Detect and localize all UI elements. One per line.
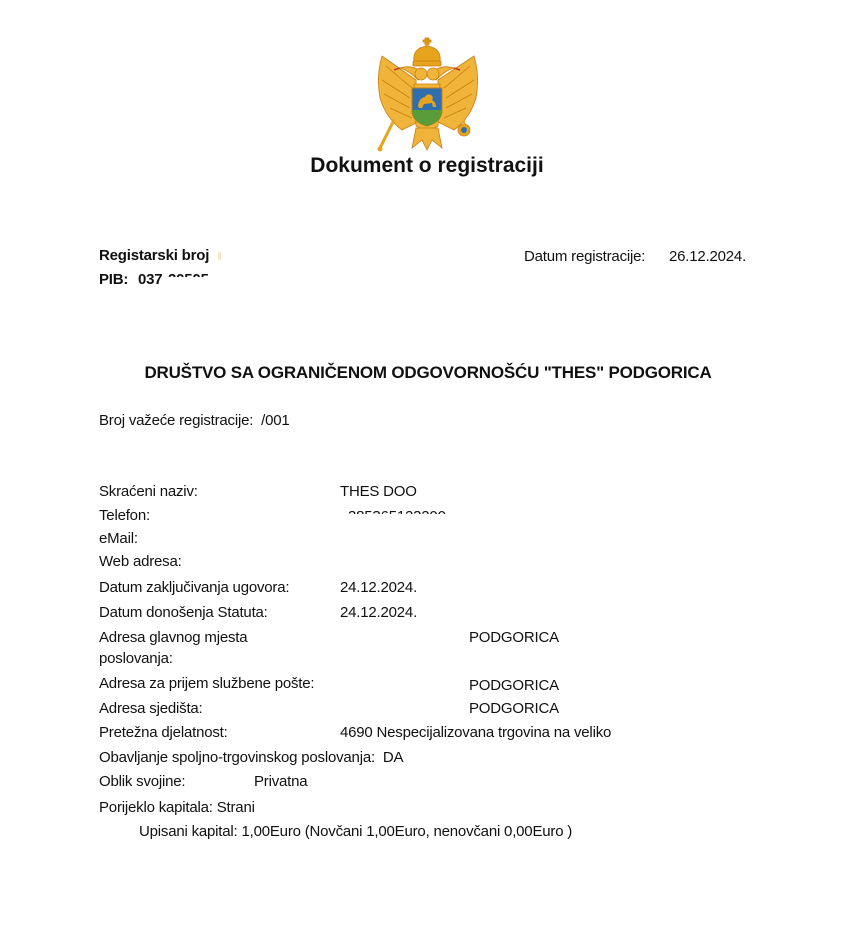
- pib-value-visible: 037: [138, 271, 162, 288]
- statute-date-label: Datum donošenja Statuta:: [99, 604, 268, 621]
- mail-address-value: PODGORICA: [469, 677, 559, 694]
- pib-value-redacted: 20505: [168, 271, 209, 277]
- short-name-value: THES DOO: [340, 483, 417, 500]
- phone-label: Telefon:: [99, 507, 150, 524]
- main-address-label-line2: poslovanja:: [99, 650, 173, 667]
- foreign-trade-value: DA: [383, 749, 403, 766]
- document-title: Dokument o registraciji: [0, 154, 854, 178]
- short-name-label: Skraćeni naziv:: [99, 483, 198, 500]
- company-full-name: DRUŠTVO SA OGRANIČENOM ODGOVORNOŠĆU "THE…: [0, 363, 856, 383]
- registration-number-label: Registarski broj: [99, 247, 209, 264]
- valid-registration-label: Broj važeće registracije:: [99, 412, 253, 429]
- statute-date-value: 24.12.2024.: [340, 604, 417, 621]
- valid-registration-value: /001: [261, 412, 289, 429]
- activity-value: 4690 Nespecijalizovana trgovina na velik…: [340, 724, 611, 741]
- registration-date-label: Datum registracije:: [524, 248, 645, 265]
- mail-address-label: Adresa za prijem službene pošte:: [99, 675, 314, 692]
- redacted-registration-number: [218, 252, 221, 260]
- seat-address-value: PODGORICA: [469, 700, 559, 717]
- email-label: eMail:: [99, 530, 138, 547]
- registration-date-value: 26.12.2024.: [669, 248, 746, 265]
- valid-registration-number: Broj važeće registracije: /001: [99, 412, 290, 429]
- montenegro-coat-of-arms-icon: [372, 36, 484, 158]
- phone-value-partial: 385365123200: [348, 509, 446, 514]
- ownership-value: Privatna: [254, 773, 307, 790]
- subscribed-capital: Upisani kapital: 1,00Euro (Novčani 1,00E…: [139, 823, 572, 840]
- web-address-label: Web adresa:: [99, 553, 182, 570]
- pib-value: 037 20505: [138, 271, 218, 289]
- capital-origin: Porijeklo kapitala: Strani: [99, 799, 255, 816]
- phone-value: 385365123200: [348, 509, 468, 514]
- foreign-trade-label: Obavljanje spoljno-trgovinskog poslovanj…: [99, 749, 375, 766]
- seat-address-label: Adresa sjedišta:: [99, 700, 203, 717]
- pib-label: PIB:: [99, 271, 128, 288]
- main-address-label-line1: Adresa glavnog mjesta: [99, 629, 247, 646]
- ownership-label: Oblik svojine:: [99, 773, 185, 790]
- activity-label: Pretežna djelatnost:: [99, 724, 228, 741]
- foreign-trade: Obavljanje spoljno-trgovinskog poslovanj…: [99, 749, 403, 766]
- contract-date-label: Datum zaključivanja ugovora:: [99, 579, 289, 596]
- contract-date-value: 24.12.2024.: [340, 579, 417, 596]
- main-address-value: PODGORICA: [469, 629, 559, 646]
